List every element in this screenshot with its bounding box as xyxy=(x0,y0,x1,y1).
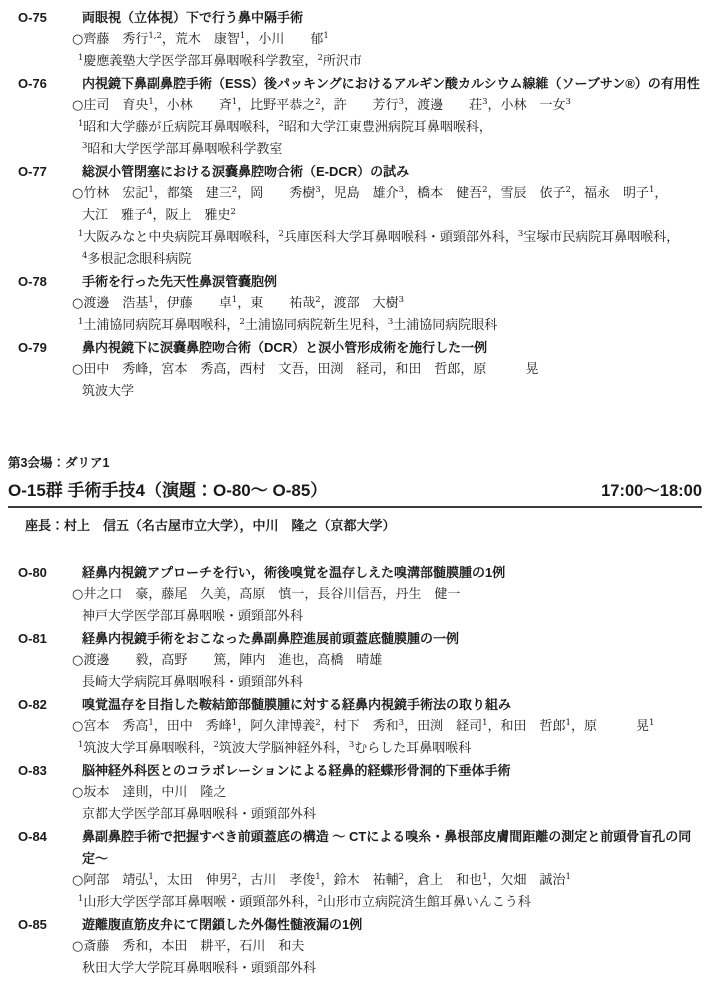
entry-title: 脳神経外科医とのコラボレーションによる経鼻的経蝶形骨洞的下垂体手術 xyxy=(82,760,702,782)
entry-affiliations: 1大阪みなと中央病院耳鼻咽喉科，2兵庫医科大学耳鼻咽喉科・頭頸部外科，3宝塚市民… xyxy=(82,227,702,271)
superscript: 2 xyxy=(482,185,487,195)
entry-affiliations: 神戸大学医学部耳鼻咽喉・頭頸部外科 xyxy=(82,606,702,628)
entry-title: 経鼻内視鏡アプローチを行い，術後嗅覚を温存しえた嗅溝部髄膜腫の1例 xyxy=(82,562,702,584)
entry-affiliations: 京都大学医学部耳鼻咽喉科・頭頸部外科 xyxy=(82,804,702,826)
superscript: 1 xyxy=(315,872,320,882)
superscript: 1 xyxy=(649,718,654,728)
superscript: 1 xyxy=(232,97,237,107)
superscript: 1 xyxy=(78,894,83,904)
entry-authors: ○斎藤 秀和，本田 耕平，石川 和夫 xyxy=(82,936,702,958)
superscript: 4 xyxy=(82,251,87,261)
entry-number: O-78 xyxy=(18,271,82,293)
entry-authors: ○宮本 秀高1，田中 秀峰1，阿久津博義2，村下 秀和3，田渕 経司1，和田 哲… xyxy=(82,716,702,738)
superscript: 1,2 xyxy=(148,31,162,41)
session-title-row: O-15群 手術手技4（演題：O-80～ O-85） 17:00～18:00 xyxy=(8,480,702,502)
superscript: 2 xyxy=(278,229,283,239)
entry-affiliations: 1慶應義塾大学医学部耳鼻咽喉科学教室，2所沢市 xyxy=(82,51,702,73)
entry-title: 鼻副鼻腔手術で把握すべき前頭蓋底の構造 ～ CTによる嗅糸・鼻根部皮膚間距離の測… xyxy=(82,826,702,870)
superscript: 1 xyxy=(148,718,153,728)
superscript: 3 xyxy=(482,97,487,107)
entry-number: O-84 xyxy=(18,826,82,870)
superscript: 2 xyxy=(213,740,218,750)
superscript: 3 xyxy=(399,185,404,195)
program-entry: O-84鼻副鼻腔手術で把握すべき前頭蓋底の構造 ～ CTによる嗅糸・鼻根部皮膚間… xyxy=(18,826,702,914)
entry-title: 鼻内視鏡下に涙嚢鼻腔吻合術（DCR）と涙小管形成術を施行した一例 xyxy=(82,337,702,359)
entry-title: 遊離腹直筋皮弁にて閉鎖した外傷性髄液漏の1例 xyxy=(82,914,702,936)
superscript: 3 xyxy=(388,317,393,327)
program-entry: O-81経鼻内視鏡手術をおこなった鼻副鼻腔進展前頭蓋底髄膜腫の一例○渡邊 毅，高… xyxy=(18,628,702,694)
superscript: 1 xyxy=(78,317,83,327)
entries-in-session: O-80経鼻内視鏡アプローチを行い，術後嗅覚を温存しえた嗅溝部髄膜腫の1例○井之… xyxy=(18,562,702,980)
session-header: 第3会場：ダリア1 O-15群 手術手技4（演題：O-80～ O-85） 17:… xyxy=(8,453,702,537)
entry-title: 経鼻内視鏡手術をおこなった鼻副鼻腔進展前頭蓋底髄膜腫の一例 xyxy=(82,628,702,650)
program-entry: O-78手術を行った先天性鼻涙管嚢胞例○渡邊 浩基1，伊藤 卓1，東 祐哉2，渡… xyxy=(18,271,702,337)
superscript: 2 xyxy=(232,185,237,195)
program-entry: O-85遊離腹直筋皮弁にて閉鎖した外傷性髄液漏の1例○斎藤 秀和，本田 耕平，石… xyxy=(18,914,702,980)
superscript: 1 xyxy=(566,718,571,728)
session-room: 第3会場：ダリア1 xyxy=(8,453,702,473)
superscript: 1 xyxy=(148,185,153,195)
entry-number: O-80 xyxy=(18,562,82,584)
entry-affiliations: 長崎大学病院耳鼻咽喉科・頭頸部外科 xyxy=(82,672,702,694)
session-title: O-15群 手術手技4（演題：O-80～ O-85） xyxy=(8,480,327,502)
entry-number: O-79 xyxy=(18,337,82,359)
superscript: 3 xyxy=(399,97,404,107)
superscript: 1 xyxy=(148,295,153,305)
entry-number: O-76 xyxy=(18,73,82,95)
superscript: 3 xyxy=(399,295,404,305)
entry-affiliations: 1山形大学医学部耳鼻咽喉・頭頸部外科，2山形市立病院済生館耳鼻いんこう科 xyxy=(82,892,702,914)
superscript: 1 xyxy=(566,872,571,882)
superscript: 1 xyxy=(240,31,245,41)
entry-title: 嗅覚温存を目指した鞍結節部髄膜腫に対する経鼻内視鏡手術法の取り組み xyxy=(82,694,702,716)
entry-number: O-77 xyxy=(18,161,82,183)
superscript: 1 xyxy=(148,872,153,882)
entry-authors: ○阿部 靖弘1，太田 伸男2，古川 孝俊1，鈴木 祐輔2，倉上 和也1，欠畑 誠… xyxy=(82,870,702,892)
superscript: 1 xyxy=(148,97,153,107)
entry-authors: ○井之口 豪，藤尾 久美，高原 慎一，長谷川信吾，丹生 健一 xyxy=(82,584,702,606)
superscript: 1 xyxy=(232,718,237,728)
superscript: 1 xyxy=(232,295,237,305)
session-time: 17:00～18:00 xyxy=(601,480,702,502)
program-entry: O-76内視鏡下鼻副鼻腔手術（ESS）後パッキングにおけるアルギン酸カルシウム線… xyxy=(18,73,702,161)
session-divider xyxy=(8,506,702,508)
entry-number: O-83 xyxy=(18,760,82,782)
entry-affiliations: 1昭和大学藤が丘病院耳鼻咽喉科，2昭和大学江東豊洲病院耳鼻咽喉科，3昭和大学医学… xyxy=(82,117,702,161)
entry-affiliations: 1土浦協同病院耳鼻咽喉科，2土浦協同病院新生児科，3土浦協同病院眼科 xyxy=(82,315,702,337)
program-entry: O-75両眼視（立体視）下で行う鼻中隔手術○齊藤 秀行1,2，荒木 康智1，小川… xyxy=(18,7,702,73)
entry-authors: ○渡邊 浩基1，伊藤 卓1，東 祐哉2，渡部 大樹3 xyxy=(82,293,702,315)
superscript: 2 xyxy=(315,295,320,305)
superscript: 3 xyxy=(349,740,354,750)
superscript: 2 xyxy=(317,894,322,904)
entry-title: 内視鏡下鼻副鼻腔手術（ESS）後パッキングにおけるアルギン酸カルシウム線維（ソー… xyxy=(82,73,702,95)
superscript: 2 xyxy=(315,97,320,107)
program-page: O-75両眼視（立体視）下で行う鼻中隔手術○齊藤 秀行1,2，荒木 康智1，小川… xyxy=(0,0,710,980)
superscript: 2 xyxy=(566,185,571,195)
superscript: 3 xyxy=(399,718,404,728)
entry-authors: ○竹林 宏記1，都築 建三2，岡 秀樹3，児島 雄介3，橋本 健吾2，雪辰 依子… xyxy=(82,183,702,227)
superscript: 1 xyxy=(78,740,83,750)
entries-before-session: O-75両眼視（立体視）下で行う鼻中隔手術○齊藤 秀行1,2，荒木 康智1，小川… xyxy=(18,7,702,403)
superscript: 1 xyxy=(78,53,83,63)
entry-authors: ○田中 秀峰，宮本 秀高，西村 文吾，田渕 経司，和田 哲郎，原 晃 xyxy=(82,359,702,381)
program-entry: O-83脳神経外科医とのコラボレーションによる経鼻的経蝶形骨洞的下垂体手術○坂本… xyxy=(18,760,702,826)
superscript: 2 xyxy=(230,207,235,217)
superscript: 1 xyxy=(78,119,83,129)
entry-title: 総涙小管閉塞における涙嚢鼻腔吻合術（E-DCR）の試み xyxy=(82,161,702,183)
entry-authors: ○坂本 達則，中川 隆之 xyxy=(82,782,702,804)
superscript: 2 xyxy=(315,718,320,728)
entry-affiliations: 秋田大学大学院耳鼻咽喉科・頭頸部外科 xyxy=(82,958,702,980)
entry-authors: ○渡邊 毅，高野 篤，陣内 進也，高橋 晴雄 xyxy=(82,650,702,672)
superscript: 1 xyxy=(649,185,654,195)
program-entry: O-79鼻内視鏡下に涙嚢鼻腔吻合術（DCR）と涙小管形成術を施行した一例○田中 … xyxy=(18,337,702,403)
superscript: 1 xyxy=(482,872,487,882)
superscript: 3 xyxy=(315,185,320,195)
program-entry: O-77総涙小管閉塞における涙嚢鼻腔吻合術（E-DCR）の試み○竹林 宏記1，都… xyxy=(18,161,702,271)
entry-number: O-81 xyxy=(18,628,82,650)
entry-authors: ○庄司 育央1，小林 斉1，比野平恭之2，許 芳行3，渡邊 荘3，小林 一女3 xyxy=(82,95,702,117)
superscript: 3 xyxy=(82,141,87,151)
entry-number: O-85 xyxy=(18,914,82,936)
superscript: 2 xyxy=(239,317,244,327)
superscript: 3 xyxy=(566,97,571,107)
superscript: 1 xyxy=(323,31,328,41)
entry-authors: ○齊藤 秀行1,2，荒木 康智1，小川 郁1 xyxy=(82,29,702,51)
superscript: 2 xyxy=(278,119,283,129)
entry-number: O-82 xyxy=(18,694,82,716)
superscript: 4 xyxy=(147,207,152,217)
superscript: 1 xyxy=(482,718,487,728)
superscript: 2 xyxy=(317,53,322,63)
superscript: 1 xyxy=(78,229,83,239)
superscript: 2 xyxy=(399,872,404,882)
session-chairs: 座長：村上 信五（名古屋市立大学），中川 隆之（京都大学） xyxy=(8,515,702,537)
program-entry: O-80経鼻内視鏡アプローチを行い，術後嗅覚を温存しえた嗅溝部髄膜腫の1例○井之… xyxy=(18,562,702,628)
program-entry: O-82嗅覚温存を目指した鞍結節部髄膜腫に対する経鼻内視鏡手術法の取り組み○宮本… xyxy=(18,694,702,760)
entry-title: 手術を行った先天性鼻涙管嚢胞例 xyxy=(82,271,702,293)
superscript: 3 xyxy=(518,229,523,239)
entry-number: O-75 xyxy=(18,7,82,29)
superscript: 2 xyxy=(232,872,237,882)
entry-affiliations: 筑波大学 xyxy=(82,381,702,403)
entry-title: 両眼視（立体視）下で行う鼻中隔手術 xyxy=(82,7,702,29)
entry-affiliations: 1筑波大学耳鼻咽喉科，2筑波大学脳神経外科，3むらした耳鼻咽喉科 xyxy=(82,738,702,760)
